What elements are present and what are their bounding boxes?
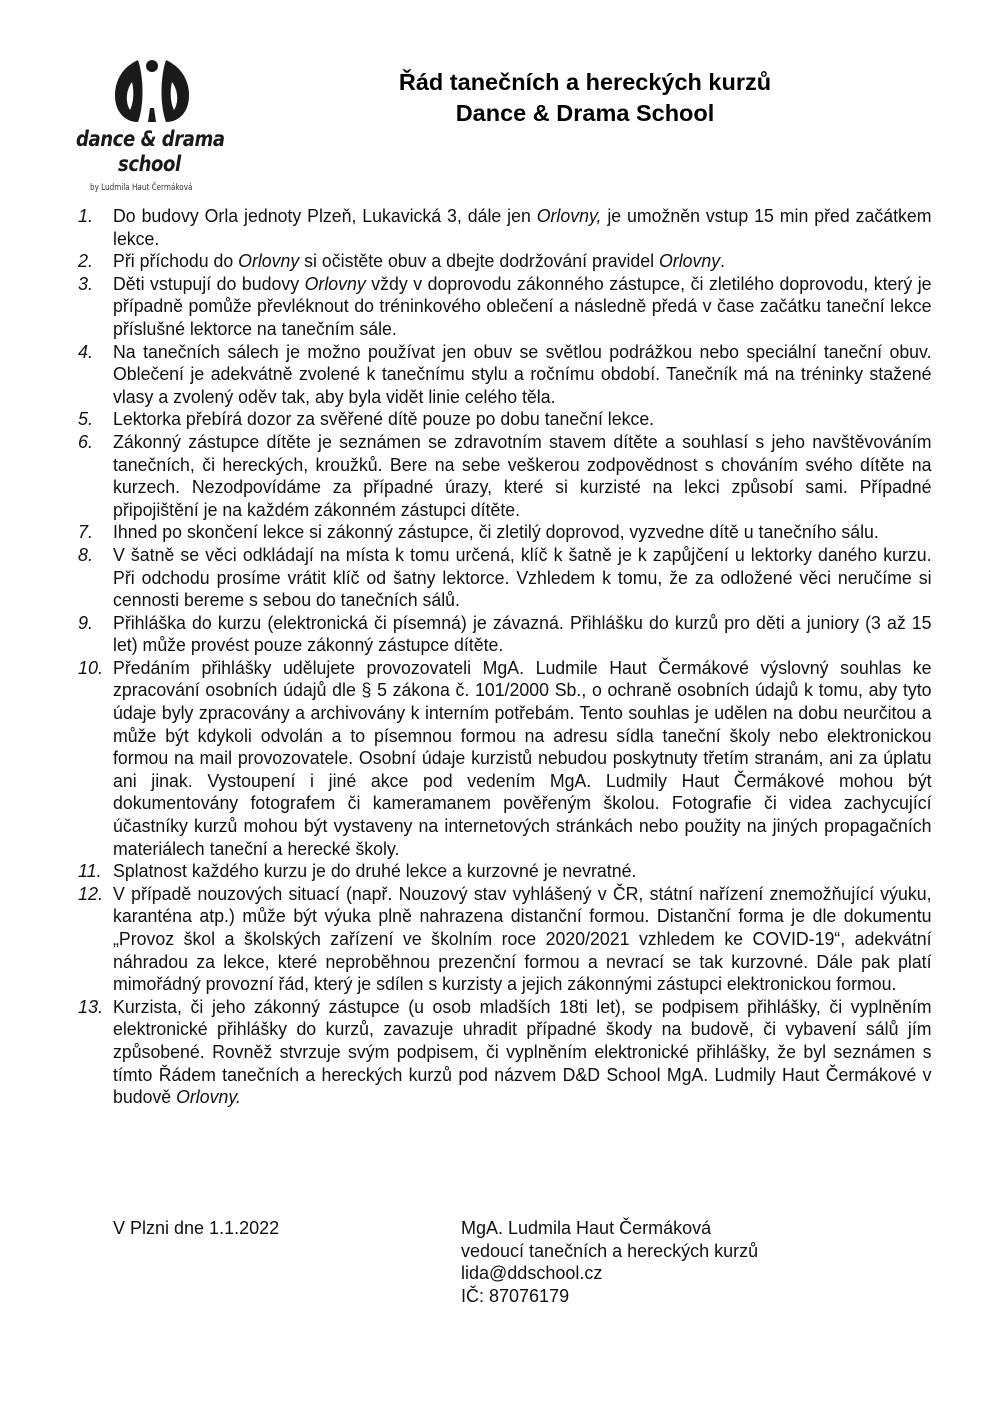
rule-text: V případě nouzových situací (např. Nouzo… — [113, 883, 932, 996]
rule-number: 1. — [78, 205, 93, 228]
school-logo: dance & drama school by Ludmila Haut Čer… — [74, 56, 234, 196]
title-line1: Řád tanečních a hereckých kurzů — [340, 67, 830, 98]
rule-item: 2. Při příchodu do Orlovny si očistěte o… — [0, 250, 992, 273]
rule-number: 5. — [78, 408, 93, 431]
rule-number: 6. — [78, 431, 93, 454]
signatory-role: vedoucí tanečních a hereckých kurzů — [461, 1240, 758, 1263]
rule-number: 7. — [78, 521, 93, 544]
rule-number: 4. — [78, 341, 93, 364]
rule-item: 3. Děti vstupují do budovy Orlovny vždy … — [0, 273, 992, 341]
rule-number: 12. — [78, 883, 103, 906]
logo-byline: by Ludmila Haut Čermáková — [90, 183, 192, 193]
rule-item: 7. Ihned po skončení lekce si zákonný zá… — [0, 521, 992, 544]
rule-item: 13. Kurzista, či jeho zákonný zástupce (… — [0, 996, 992, 1109]
rule-item: 6. Zákonný zástupce dítěte je seznámen s… — [0, 431, 992, 521]
document-title: Řád tanečních a hereckých kurzů Dance & … — [340, 67, 830, 129]
rule-text: Ihned po skončení lekce si zákonný zástu… — [113, 521, 932, 544]
rule-item: 12. V případě nouzových situací (např. N… — [0, 883, 992, 996]
signatory-name: MgA. Ludmila Haut Čermáková — [461, 1217, 758, 1240]
logo-text-line2: school — [118, 152, 181, 176]
rule-number: 3. — [78, 273, 93, 296]
rule-item: 1. Do budovy Orla jednoty Plzeň, Lukavic… — [0, 205, 992, 250]
rule-item: 4. Na tanečních sálech je možno používat… — [0, 341, 992, 409]
rule-number: 2. — [78, 250, 93, 273]
rule-number: 13. — [78, 996, 103, 1019]
rule-text: Zákonný zástupce dítěte je seznámen se z… — [113, 431, 932, 521]
rule-number: 10. — [78, 657, 103, 680]
rule-text: Kurzista, či jeho zákonný zástupce (u os… — [113, 996, 932, 1109]
rule-text: Na tanečních sálech je možno používat je… — [113, 341, 932, 409]
rule-text: Splatnost každého kurzu je do druhé lekc… — [113, 860, 932, 883]
signature-block: MgA. Ludmila Haut Čermáková vedoucí tane… — [461, 1217, 758, 1307]
company-id: IČ: 87076179 — [461, 1285, 758, 1308]
rule-item: 5. Lektorka přebírá dozor za svěřené dít… — [0, 408, 992, 431]
title-line2: Dance & Drama School — [340, 98, 830, 129]
rule-text: Do budovy Orla jednoty Plzeň, Lukavická … — [113, 205, 932, 250]
rule-text: Předáním přihlášky udělujete provozovate… — [113, 657, 932, 860]
rule-number: 9. — [78, 612, 93, 635]
document-page: dance & drama school by Ludmila Haut Čer… — [0, 0, 992, 1403]
rule-text: Přihláška do kurzu (elektronická či píse… — [113, 612, 932, 657]
rule-number: 8. — [78, 544, 93, 567]
logo-text-line1: dance & drama — [76, 127, 225, 151]
rule-text: Při příchodu do Orlovny si očistěte obuv… — [113, 250, 932, 273]
dance-drama-logo-icon — [108, 56, 198, 124]
rule-item: 11. Splatnost každého kurzu je do druhé … — [0, 860, 992, 883]
rule-item: 9. Přihláška do kurzu (elektronická či p… — [0, 612, 992, 657]
rule-item: 8. V šatně se věci odkládají na místa k … — [0, 544, 992, 612]
signatory-email: lida@ddschool.cz — [461, 1262, 758, 1285]
rule-text: Lektorka přebírá dozor za svěřené dítě p… — [113, 408, 932, 431]
rule-text: Děti vstupují do budovy Orlovny vždy v d… — [113, 273, 932, 341]
rule-text: V šatně se věci odkládají na místa k tom… — [113, 544, 932, 612]
place-and-date: V Plzni dne 1.1.2022 — [113, 1217, 279, 1240]
rule-number: 11. — [78, 860, 102, 883]
rule-item: 10. Předáním přihlášky udělujete provozo… — [0, 657, 992, 860]
rules-list: 1. Do budovy Orla jednoty Plzeň, Lukavic… — [0, 205, 992, 1109]
